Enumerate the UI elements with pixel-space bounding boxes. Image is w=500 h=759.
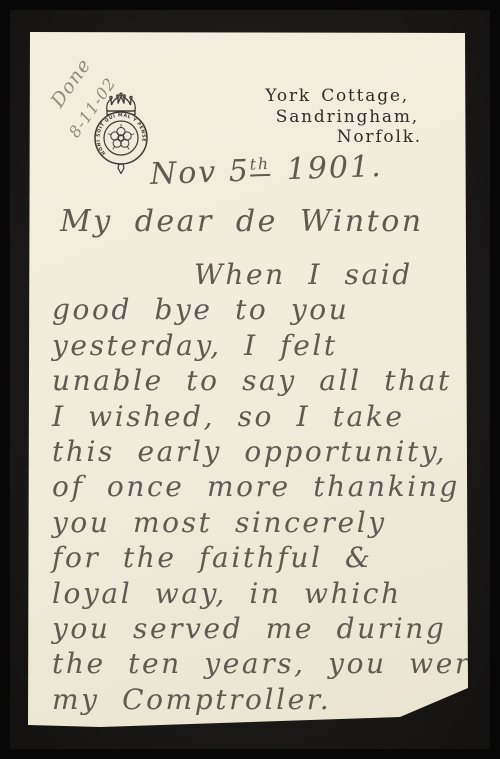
- letterhead-line: Sandringham,: [265, 107, 422, 128]
- letterhead-line: Norfolk.: [265, 127, 422, 148]
- salutation: My dear de Winton: [60, 204, 424, 239]
- letter-paper: Done 8-11-02 HONI SOIT QUI MAL Y PENSE: [0, 0, 500, 759]
- body-line: you most sincerely: [52, 506, 470, 541]
- body-line: of once more thanking: [52, 470, 470, 505]
- body-line: yesterday, I felt: [52, 329, 470, 364]
- garter-pendant: [118, 164, 124, 174]
- body-line: this early opportunity,: [52, 435, 470, 470]
- letterhead: York Cottage, Sandringham, Norfolk.: [265, 86, 422, 148]
- body-line: for the faithful &: [52, 541, 470, 576]
- date-prefix: Nov 5: [149, 154, 250, 192]
- date-ordinal: th: [249, 155, 270, 177]
- date-year: 1901.: [275, 149, 384, 188]
- body-line: you served me during: [52, 612, 470, 647]
- letterhead-line: York Cottage,: [265, 86, 422, 107]
- date-line: Nov 5th 1901.: [149, 149, 383, 192]
- body-line: I wished, so I take: [52, 400, 470, 435]
- garter-crest-icon: HONI SOIT QUI MAL Y PENSE: [86, 88, 156, 174]
- letter-body: When I said good bye to you yesterday, I…: [52, 258, 470, 718]
- photo-of-letter: Done 8-11-02 HONI SOIT QUI MAL Y PENSE: [0, 0, 500, 759]
- body-line: good bye to you: [52, 293, 470, 328]
- garter-band: HONI SOIT QUI MAL Y PENSE: [95, 112, 147, 164]
- body-line: unable to say all that: [52, 364, 470, 399]
- body-line: the ten years, you were: [52, 647, 470, 682]
- body-line: my Comptroller.: [52, 683, 470, 718]
- body-line: loyal way, in which: [52, 577, 470, 612]
- body-line: When I said: [52, 258, 470, 293]
